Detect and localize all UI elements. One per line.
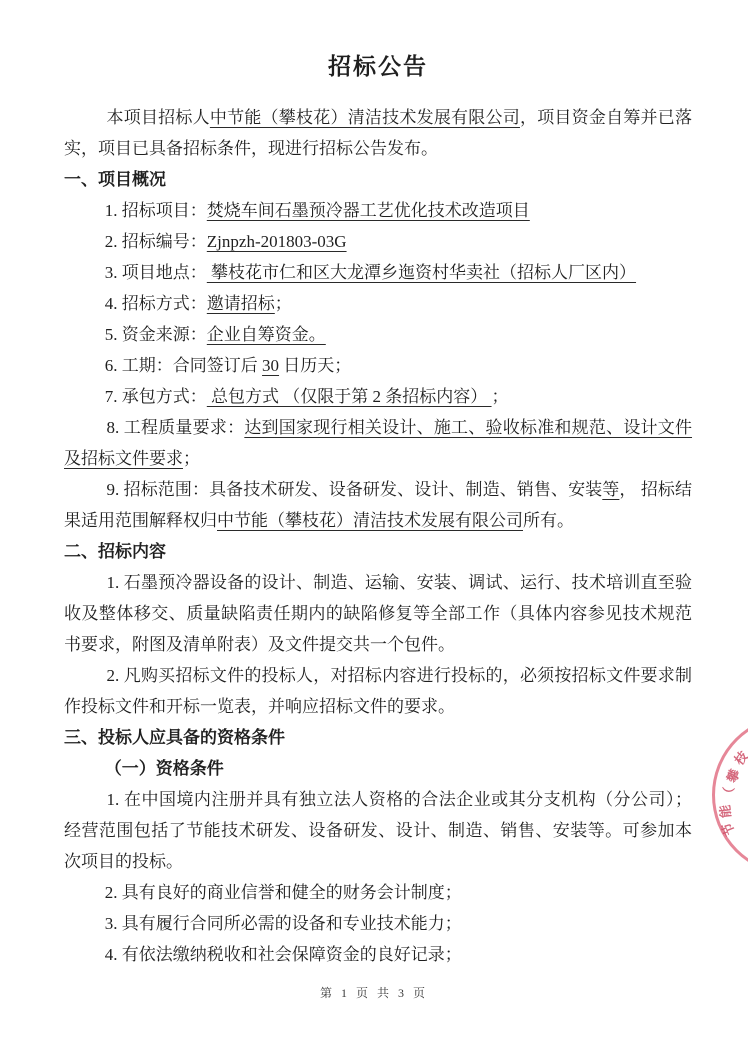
page-number-footer: 第 1 页 共 3 页 (0, 984, 748, 1001)
list-item-bid-number: 2. 招标编号：Zjnpzh-201803-03G (105, 226, 692, 257)
list-item-bid-scope: 9. 招标范围：具备技术研发、设备研发、设计、制造、销售、安装等， 招标结果适用… (64, 474, 692, 536)
list-item-funding-source: 5. 资金来源：企业自筹资金。 (105, 319, 692, 350)
qualification-item-2: 2. 具有良好的商业信誉和健全的财务会计制度； (105, 877, 692, 908)
list-item-quality-req: 8. 工程质量要求：达到国家现行相关设计、施工、验收标准和规范、设计文件及招标文… (64, 412, 692, 474)
list-item-duration: 6. 工期：合同签订后 30 日历天； (105, 350, 692, 381)
list-item-project-site: 3. 项目地点： 攀枝花市仁和区大龙潭乡迤资村华卖社（招标人厂区内） (105, 257, 692, 288)
list-item-bid-method: 4. 招标方式：邀请招标； (105, 288, 692, 319)
list-item-contract-mode: 7. 承包方式： 总包方式 （仅限于第 2 条招标内容） ； (105, 381, 692, 412)
qualification-item-1: 1. 在中国境内注册并具有独立法人资格的合法企业或其分支机构（分公司）；经营范围… (64, 784, 692, 877)
qualification-item-4: 4. 有依法缴纳税收和社会保障资金的良好记录； (105, 939, 692, 970)
content-paragraph-1: 1. 石墨预冷器设备的设计、制造、运输、安装、调试、运行、技术培训直至验收及整体… (64, 567, 692, 660)
section-heading-content: 二、招标内容 (64, 536, 692, 567)
subsection-heading-quals: （一）资格条件 (105, 753, 692, 784)
intro-paragraph: 本项目招标人中节能（攀枝花）清洁技术发展有限公司，项目资金自筹并已落实，项目已具… (64, 102, 692, 164)
content-paragraph-2: 2. 凡购买招标文件的投标人，对招标内容进行投标的，必须按招标文件要求制作投标文… (64, 660, 692, 722)
section-heading-overview: 一、项目概况 (64, 164, 692, 195)
scanned-document-page: 招标公告 本项目招标人中节能（攀枝花）清洁技术发展有限公司，项目资金自筹并已落实… (0, 0, 748, 1046)
document-title: 招标公告 (64, 50, 692, 84)
qualification-item-3: 3. 具有履行合同所必需的设备和专业技术能力； (105, 908, 692, 939)
section-heading-qualify: 三、投标人应具备的资格条件 (64, 722, 692, 753)
list-item-project-name: 1. 招标项目：焚烧车间石墨预冷器工艺优化技术改造项目 (105, 195, 692, 226)
